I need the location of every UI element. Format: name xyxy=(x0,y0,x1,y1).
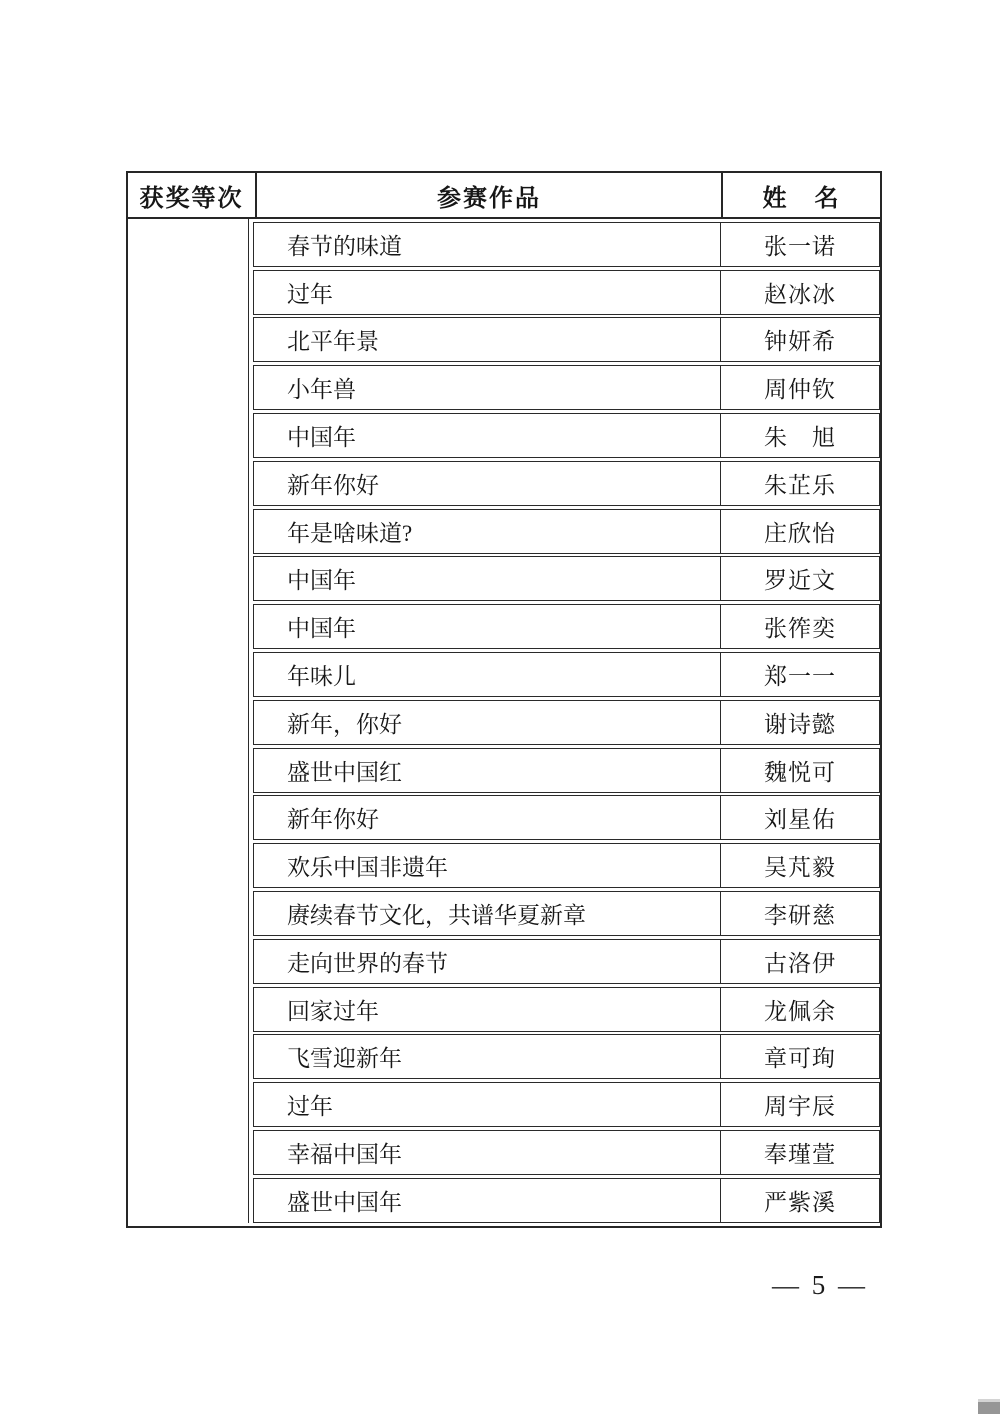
table-row: 新年你好 朱芷乐 xyxy=(253,461,880,506)
entry-work-cell: 年味儿 xyxy=(254,653,721,696)
column-header-award-level: 获奖等次 xyxy=(128,173,257,217)
entrant-name-cell: 魏悦可 xyxy=(721,749,879,792)
bottom-right-gray-bar xyxy=(978,1399,1000,1414)
table-row: 盛世中国年 严紫溪 xyxy=(253,1178,880,1223)
entry-work-cell: 飞雪迎新年 xyxy=(254,1035,721,1078)
table-row: 新年，你好 谢诗懿 xyxy=(253,700,880,745)
entry-work-cell: 春节的味道 xyxy=(254,223,721,266)
entry-work-cell: 中国年 xyxy=(254,557,721,600)
entrant-name-cell: 张筰奕 xyxy=(721,605,879,648)
table-row: 春节的味道 张一诺 xyxy=(253,222,880,267)
entry-work-cell: 盛世中国年 xyxy=(254,1179,721,1222)
table-row: 新年你好 刘星佑 xyxy=(253,795,880,840)
entrant-name-cell: 奉瑾萱 xyxy=(721,1131,879,1174)
entry-work-cell: 走向世界的春节 xyxy=(254,940,721,983)
table-row: 幸福中国年 奉瑾萱 xyxy=(253,1130,880,1175)
entrant-name-cell: 严紫溪 xyxy=(721,1179,879,1222)
table-row: 年是啥味道? 庄欣怡 xyxy=(253,509,880,554)
entry-work-cell: 北平年景 xyxy=(254,318,721,361)
entrant-name-cell: 周宇辰 xyxy=(721,1083,879,1126)
table-row: 飞雪迎新年 章可珣 xyxy=(253,1034,880,1079)
table-row: 小年兽 周仲钦 xyxy=(253,365,880,410)
page-number: — 5 — xyxy=(772,1270,868,1301)
entry-work-cell: 新年，你好 xyxy=(254,701,721,744)
entrant-name-cell: 龙佩余 xyxy=(721,988,879,1031)
table-row: 赓续春节文化，共谱华夏新章 李研慈 xyxy=(253,891,880,936)
table-body: 春节的味道 张一诺 过年 赵冰冰 北平年景 钟妍希 小年兽 周仲钦 中国年 朱 … xyxy=(126,219,882,1228)
entrant-name-cell: 朱 旭 xyxy=(721,414,879,457)
entry-work-cell: 小年兽 xyxy=(254,366,721,409)
entrant-name-cell: 刘星佑 xyxy=(721,796,879,839)
entrant-name-cell: 谢诗懿 xyxy=(721,701,879,744)
table-rows-container: 春节的味道 张一诺 过年 赵冰冰 北平年景 钟妍希 小年兽 周仲钦 中国年 朱 … xyxy=(249,219,880,1223)
table-row: 过年 周宇辰 xyxy=(253,1082,880,1127)
entry-work-cell: 中国年 xyxy=(254,605,721,648)
entry-work-cell: 幸福中国年 xyxy=(254,1131,721,1174)
entry-work-cell: 欢乐中国非遗年 xyxy=(254,844,721,887)
table-row: 中国年 朱 旭 xyxy=(253,413,880,458)
table-row: 中国年 罗近文 xyxy=(253,556,880,601)
table-row: 北平年景 钟妍希 xyxy=(253,317,880,362)
entry-work-cell: 年是啥味道? xyxy=(254,510,721,553)
entry-work-cell: 过年 xyxy=(254,271,721,314)
table-row: 中国年 张筰奕 xyxy=(253,604,880,649)
entrant-name-cell: 朱芷乐 xyxy=(721,462,879,505)
column-header-entry-work: 参赛作品 xyxy=(257,173,723,217)
award-level-merged-cell xyxy=(128,219,249,1223)
entry-work-cell: 赓续春节文化，共谱华夏新章 xyxy=(254,892,721,935)
entrant-name-cell: 吴芃毅 xyxy=(721,844,879,887)
table-row: 年味儿 郑一一 xyxy=(253,652,880,697)
document-page: 获奖等次 参赛作品 姓 名 春节的味道 张一诺 过年 赵冰冰 北平年景 钟妍希 … xyxy=(0,0,1000,1414)
entrant-name-cell: 郑一一 xyxy=(721,653,879,696)
entry-work-cell: 新年你好 xyxy=(254,462,721,505)
entry-work-cell: 过年 xyxy=(254,1083,721,1126)
entrant-name-cell: 古洛伊 xyxy=(721,940,879,983)
entrant-name-cell: 周仲钦 xyxy=(721,366,879,409)
entrant-name-cell: 章可珣 xyxy=(721,1035,879,1078)
entrant-name-cell: 李研慈 xyxy=(721,892,879,935)
table-row: 欢乐中国非遗年 吴芃毅 xyxy=(253,843,880,888)
column-header-name: 姓 名 xyxy=(723,173,880,217)
entrant-name-cell: 庄欣怡 xyxy=(721,510,879,553)
entrant-name-cell: 张一诺 xyxy=(721,223,879,266)
awards-table: 获奖等次 参赛作品 姓 名 春节的味道 张一诺 过年 赵冰冰 北平年景 钟妍希 … xyxy=(126,171,882,1228)
table-row: 盛世中国红 魏悦可 xyxy=(253,748,880,793)
entry-work-cell: 新年你好 xyxy=(254,796,721,839)
entry-work-cell: 盛世中国红 xyxy=(254,749,721,792)
entrant-name-cell: 罗近文 xyxy=(721,557,879,600)
table-row: 回家过年 龙佩余 xyxy=(253,987,880,1032)
table-row: 走向世界的春节 古洛伊 xyxy=(253,939,880,984)
entry-work-cell: 中国年 xyxy=(254,414,721,457)
entry-work-cell: 回家过年 xyxy=(254,988,721,1031)
entrant-name-cell: 赵冰冰 xyxy=(721,271,879,314)
entrant-name-cell: 钟妍希 xyxy=(721,318,879,361)
table-header-row: 获奖等次 参赛作品 姓 名 xyxy=(126,171,882,219)
table-row: 过年 赵冰冰 xyxy=(253,270,880,315)
